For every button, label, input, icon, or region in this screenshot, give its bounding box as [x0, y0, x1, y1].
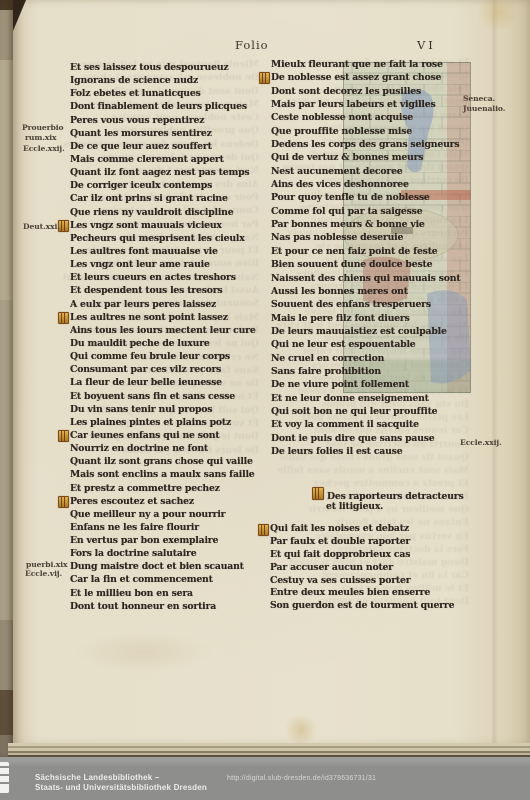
verse-line: Et qui fait dopprobrieux cas [270, 549, 454, 562]
verse-line: Car ieunes enfans qui ne sont [70, 429, 256, 442]
verse-line: Qui fait les noises et debatz [270, 523, 454, 536]
paragraph-mark-icon [259, 72, 270, 84]
verse-line-text: Et prestz a commettre pechez [70, 483, 220, 494]
verse-line: Nest aucunement decoree [271, 165, 460, 178]
verse-line: Bien souuent dune doulce beste [271, 258, 460, 271]
scan-url: http://digital.slub-dresden.de/id3786367… [227, 775, 376, 782]
verse-line: Que meilleur ny a pour nourrir [70, 508, 256, 521]
verse-line-text: Naissent des chiens qui mauuais sont [271, 273, 460, 284]
verse-line-text: A eulx par leurs peres laissez [70, 299, 216, 310]
verse-line-text: Quant les morsures sentirez [70, 128, 212, 139]
verse-line: Nas pas noblesse deseruie [271, 231, 460, 244]
verse-line: Enfans ne les faire flourir [70, 521, 256, 534]
verse-line: Par accuser aucun noter [270, 562, 454, 575]
verse-line: De leurs folies il est cause [271, 445, 460, 458]
verse-line-text: Et qui fait dopprobrieux cas [270, 549, 410, 560]
verse-line-text: Pecheurs qui mesprisent les cieulx [70, 233, 245, 244]
verse-line: Cestuy va ses cuisses porter [270, 575, 454, 588]
verse-line-text: Dont tout honneur en sortira [70, 601, 216, 612]
scan-footer: Sächsische Landesbibliothek – Staats- un… [0, 757, 530, 800]
verse-line: Et pour ce nen faiz point de feste [271, 245, 460, 258]
verse-line: Ains tous les iours mectent leur cure [70, 324, 256, 337]
section-heading: Des raporteurs detracteurs [312, 487, 464, 502]
verse-line-text: Sans faire prohibition [271, 366, 381, 377]
verse-line-text: Ignorans de science nudz [70, 75, 198, 86]
verse-line: Quant les morsures sentirez [70, 127, 256, 140]
verse-line-text: Ains tous les iours mectent leur cure [70, 325, 256, 336]
verse-line-text: Que meilleur ny a pour nourrir [70, 509, 225, 520]
verse-line: Dont sont decorez les pusilles [271, 85, 460, 98]
folio-label: Folio [235, 38, 269, 52]
verse-line-text: Bien souuent dune doulce beste [271, 259, 432, 270]
verse-line: Qui comme feu brule leur corps [70, 350, 256, 363]
verse-line-text: Par bonnes meurs & bonne vie [271, 219, 425, 230]
verse-line-text: De corriger iceulx contemps [70, 180, 212, 191]
verse-line-text: Car ilz ont prins si grant racine [70, 193, 228, 204]
verse-line: De ce que leur auez souffert [70, 140, 256, 153]
verse-line-text: Qui de vertuz & bonnes meurs [271, 152, 423, 163]
margin-note: Juuenalio. [463, 104, 505, 113]
verse-line: Peres escoutez et sachez [70, 495, 256, 508]
verse-line-text: De noblesse est assez grant chose [271, 72, 441, 83]
verse-line: Et voy la comment il sacquite [271, 418, 460, 431]
verse-line: Dont ie puis dire que sans pause [271, 432, 460, 445]
verse-line-text: Consumant par ces vilz recors [70, 364, 221, 375]
verse-line-text: Cestuy va ses cuisses porter [270, 575, 410, 586]
verse-line: Mais sont enclins a maulx sans faille [70, 468, 256, 481]
verse-line-text: Quant ilz sont grans chose qui vaille [70, 456, 253, 467]
verse-line: Son guerdon est de tourment querre [270, 600, 454, 613]
verse-line: A eulx par leurs peres laissez [70, 298, 256, 311]
library-name-line1: Sächsische Landesbibliothek – [35, 773, 207, 783]
verse-line: Aussi les bonnes meres ont [271, 285, 460, 298]
verse-line-text: En vertus par bon exemplaire [70, 535, 218, 546]
verse-line: Les vngz ont leur ame rauie [70, 258, 256, 271]
verse-line: En vertus par bon exemplaire [70, 534, 256, 547]
verse-line-text: Du mauldit peche de luxure [70, 338, 210, 349]
verse-line-text: Nas pas noblesse deseruie [271, 232, 403, 243]
verse-line: Comme fol qui par ta saigesse [271, 205, 460, 218]
verse-line-text: Et pour ce nen faiz point de feste [271, 246, 438, 257]
verse-line-text: Et le millieu bon en sera [70, 588, 193, 599]
paragraph-mark-icon [58, 496, 69, 508]
verse-line: Les vngz sont mauuais vicieux [70, 219, 256, 232]
margin-note: Eccle.xxij. [460, 438, 502, 447]
manuscript-page: Mieulx fleurant que ne fait la roseDe no… [13, 0, 530, 752]
verse-line: Dont tout honneur en sortira [70, 600, 256, 613]
folio-number: VI [417, 38, 436, 52]
verse-line-text: Nest aucunement decoree [271, 166, 403, 177]
right-text-column: Mieulx fleurant que ne fait la roseDe no… [271, 58, 460, 458]
margin-note: Prouerbio [22, 123, 64, 132]
verse-line-text: Son guerdon est de tourment querre [270, 600, 454, 611]
verse-line-text: Peres vous vous repentirez [70, 115, 204, 126]
verse-line: Souuent des enfans tresperuers [271, 298, 460, 311]
verse-line-text: Les vngz sont mauuais vicieux [70, 220, 222, 231]
verse-line: Dont finablement de leurs plicques [70, 100, 256, 113]
verse-line: Et le millieu bon en sera [70, 587, 256, 600]
verse-line-text: Dedens les corps des grans seigneurs [271, 139, 459, 150]
verse-line: Pour quoy tenfle tu de noblesse [271, 191, 460, 204]
verse-line: Quant ilz font aagez nest pas temps [70, 166, 256, 179]
verse-line: Les aultres ne sont point lassez [70, 311, 256, 324]
verse-line-text: Qui ne leur est espouentable [271, 339, 416, 350]
verse-line-text: Ceste noblesse nont acquise [271, 112, 413, 123]
verse-line: Qui ne leur est espouentable [271, 338, 460, 351]
verse-line-text: La fleur de leur belle ieunesse [70, 377, 222, 388]
library-name: Sächsische Landesbibliothek – Staats- un… [35, 773, 207, 793]
verse-line: Mieulx fleurant que ne fait la rose [271, 58, 460, 71]
verse-line-text: Pour quoy tenfle tu de noblesse [271, 192, 430, 203]
verse-line: Dedens les corps des grans seigneurs [271, 138, 460, 151]
verse-line-text: Et boyuent sans fin et sans cesse [70, 391, 235, 402]
margin-note: rum.xix [25, 133, 56, 142]
verse-line-text: Comme fol qui par ta saigesse [271, 206, 422, 217]
verse-line: Folz ebetes et lunaticques [70, 87, 256, 100]
verse-line-text: Enfans ne les faire flourir [70, 522, 199, 533]
verse-line: Mais comme clerement appert [70, 153, 256, 166]
verse-line-text: Dont finablement de leurs plicques [70, 101, 247, 112]
verse-line-text: Qui soit bon ne qui leur prouffite [271, 406, 437, 417]
verse-line: Par bonnes meurs & bonne vie [271, 218, 460, 231]
verse-line: Et ne leur donne enseignement [271, 392, 460, 405]
verse-line: De ne viure point follement [271, 378, 460, 391]
verse-line-text: Mais sont enclins a maulx sans faille [277, 465, 469, 476]
verse-line: Qui soit bon ne qui leur prouffite [271, 405, 460, 418]
verse-line-text: Mais par leurs labeurs et vigilles [271, 99, 435, 110]
verse-line: Dung maistre doct et bien scauant [70, 560, 256, 573]
verse-line-text: Ne cruel en correction [271, 353, 384, 364]
verse-line: Naissent des chiens qui mauuais sont [271, 272, 460, 285]
book-edge-left [0, 0, 13, 757]
verse-line-text: De ce que leur auez souffert [70, 141, 212, 152]
verse-line-text: Quant ilz font aagez nest pas temps [70, 167, 249, 178]
verse-line: Fors la doctrine salutaire [70, 547, 256, 560]
margin-note: Eccle.xxij. [23, 144, 65, 153]
verse-line: Car ilz ont prins si grant racine [70, 192, 256, 205]
verse-line: Ignorans de science nudz [70, 74, 256, 87]
verse-line: Consumant par ces vilz recors [70, 363, 256, 376]
verse-line: Par faulx et double raporter [270, 536, 454, 549]
paragraph-mark-icon [258, 524, 269, 536]
verse-line-text: Que prouffite noblesse mise [271, 126, 412, 137]
verse-line: Que riens ny vauldroit discipline [70, 206, 256, 219]
verse-line: De noblesse est assez grant chose [271, 71, 460, 84]
verse-line-text: Dont sont decorez les pusilles [271, 86, 421, 97]
verse-line-text: Peres escoutez et sachez [70, 496, 194, 507]
verse-line-text: Car ieunes enfans qui ne sont [70, 430, 219, 441]
verse-line-text: Car la fin et commencement [70, 574, 213, 585]
verse-line-text: Qui fait les noises et debatz [270, 523, 409, 534]
right-text-column-continued: Qui fait les noises et debatzPar faulx e… [270, 523, 454, 613]
library-name-line2: Staats- und Universitätsbibliothek Dresd… [35, 783, 207, 793]
verse-line-text: Qui comme feu brule leur corps [70, 351, 230, 362]
verse-line: Ceste noblesse nont acquise [271, 111, 460, 124]
left-text-column: Et ses laissez tous despourueuzIgnorans … [70, 61, 256, 613]
verse-line: Qui de vertuz & bonnes meurs [271, 151, 460, 164]
verse-line-text: De leurs mauuaistiez est coulpable [271, 326, 447, 337]
margin-note: Seneca. [463, 94, 495, 103]
verse-line-text: Les aultres font mauuaise vie [70, 246, 218, 257]
slub-logo-icon [0, 762, 9, 793]
verse-line: Et despendent tous les tresors [70, 284, 256, 297]
manuscript-scan: Mieulx fleurant que ne fait la roseDe no… [0, 0, 530, 800]
page-stack-edge [8, 743, 530, 758]
verse-line-text: Mieulx fleurant que ne fait la rose [271, 59, 443, 70]
verse-line: Ains des vices deshonnoree [271, 178, 460, 191]
verse-line-text: De ne viure point follement [271, 379, 409, 390]
verse-line-text: Mais le pere filz font diuers [271, 313, 410, 324]
verse-line: Les aultres font mauuaise vie [70, 245, 256, 258]
verse-line: Du mauldit peche de luxure [70, 337, 256, 350]
verse-line-text: Par faulx et double raporter [270, 536, 410, 547]
verse-line: Quant ilz sont grans chose qui vaille [70, 455, 256, 468]
paragraph-mark-icon [58, 312, 69, 324]
verse-line-text: Ains des vices deshonnoree [271, 179, 409, 190]
verse-line-text: Et voy la comment il sacquite [271, 419, 419, 430]
verse-line: Nourriz en doctrine ne font [70, 442, 256, 455]
verse-line: Et boyuent sans fin et sans cesse [70, 390, 256, 403]
section-heading-line2: et litigieux. [326, 501, 383, 512]
verse-line: Entre deux meules bien enserre [270, 587, 454, 600]
verse-line-text: Et despendent tous les tresors [70, 285, 222, 296]
verse-line: Mais par leurs labeurs et vigilles [271, 98, 460, 111]
verse-line-text: Mais sont enclins a maulx sans faille [70, 469, 255, 480]
verse-line: Que prouffite noblesse mise [271, 125, 460, 138]
verse-line-text: Les plaines pintes et plains potz [70, 417, 231, 428]
verse-line-text: Aussi les bonnes meres ont [271, 286, 408, 297]
verse-line-text: Folz ebetes et lunaticques [70, 88, 201, 99]
verse-line-text: Dont ie puis dire que sans pause [271, 433, 435, 444]
verse-line: Sans faire prohibition [271, 365, 460, 378]
verse-line: De leurs mauuaistiez est coulpable [271, 325, 460, 338]
verse-line-text: De leurs folies il est cause [271, 446, 402, 457]
verse-line: Peres vous vous repentirez [70, 114, 256, 127]
verse-line: Mais sont enclins a maulx sans faille [267, 464, 469, 477]
verse-line-text: Et ne leur donne enseignement [271, 393, 429, 404]
verse-line-text: Et leurs cueurs en actes treshors [70, 272, 236, 283]
verse-line-text: Que riens ny vauldroit discipline [70, 207, 233, 218]
verse-line: Et prestz a commettre pechez [70, 482, 256, 495]
verse-line-text: Souuent des enfans tresperuers [271, 299, 431, 310]
verse-line-text: Par accuser aucun noter [270, 562, 393, 573]
verse-line: Mais le pere filz font diuers [271, 312, 460, 325]
margin-note: Deut.xxi. [23, 222, 60, 231]
verse-line: Car la fin et commencement [70, 573, 256, 586]
margin-note: Eccle.vij. [25, 569, 62, 578]
paragraph-mark-icon [312, 487, 324, 500]
verse-line-text: Entre deux meules bien enserre [270, 587, 430, 598]
verse-line: De corriger iceulx contemps [70, 179, 256, 192]
verse-line: Pecheurs qui mesprisent les cieulx [70, 232, 256, 245]
verse-line-text: Du vin sans tenir nul propos [70, 404, 212, 415]
verse-line-text: Fors la doctrine salutaire [70, 548, 196, 559]
verse-line-text: Mais comme clerement appert [70, 154, 224, 165]
verse-line-text: Dung maistre doct et bien scauant [70, 561, 244, 572]
paragraph-mark-icon [58, 430, 69, 442]
verse-line-text: Les vngz ont leur ame rauie [70, 259, 210, 270]
verse-line: Du vin sans tenir nul propos [70, 403, 256, 416]
verse-line-text: Nourriz en doctrine ne font [70, 443, 208, 454]
verse-line: La fleur de leur belle ieunesse [70, 376, 256, 389]
verse-line-text: Et ses laissez tous despourueuz [70, 62, 228, 73]
margin-note: puerbi.xix [26, 560, 67, 569]
verse-line: Et leurs cueurs en actes treshors [70, 271, 256, 284]
verse-line: Et ses laissez tous despourueuz [70, 61, 256, 74]
verse-line: Les plaines pintes et plains potz [70, 416, 256, 429]
verse-line: Ne cruel en correction [271, 352, 460, 365]
verse-line-text: Les aultres ne sont point lassez [70, 312, 228, 323]
